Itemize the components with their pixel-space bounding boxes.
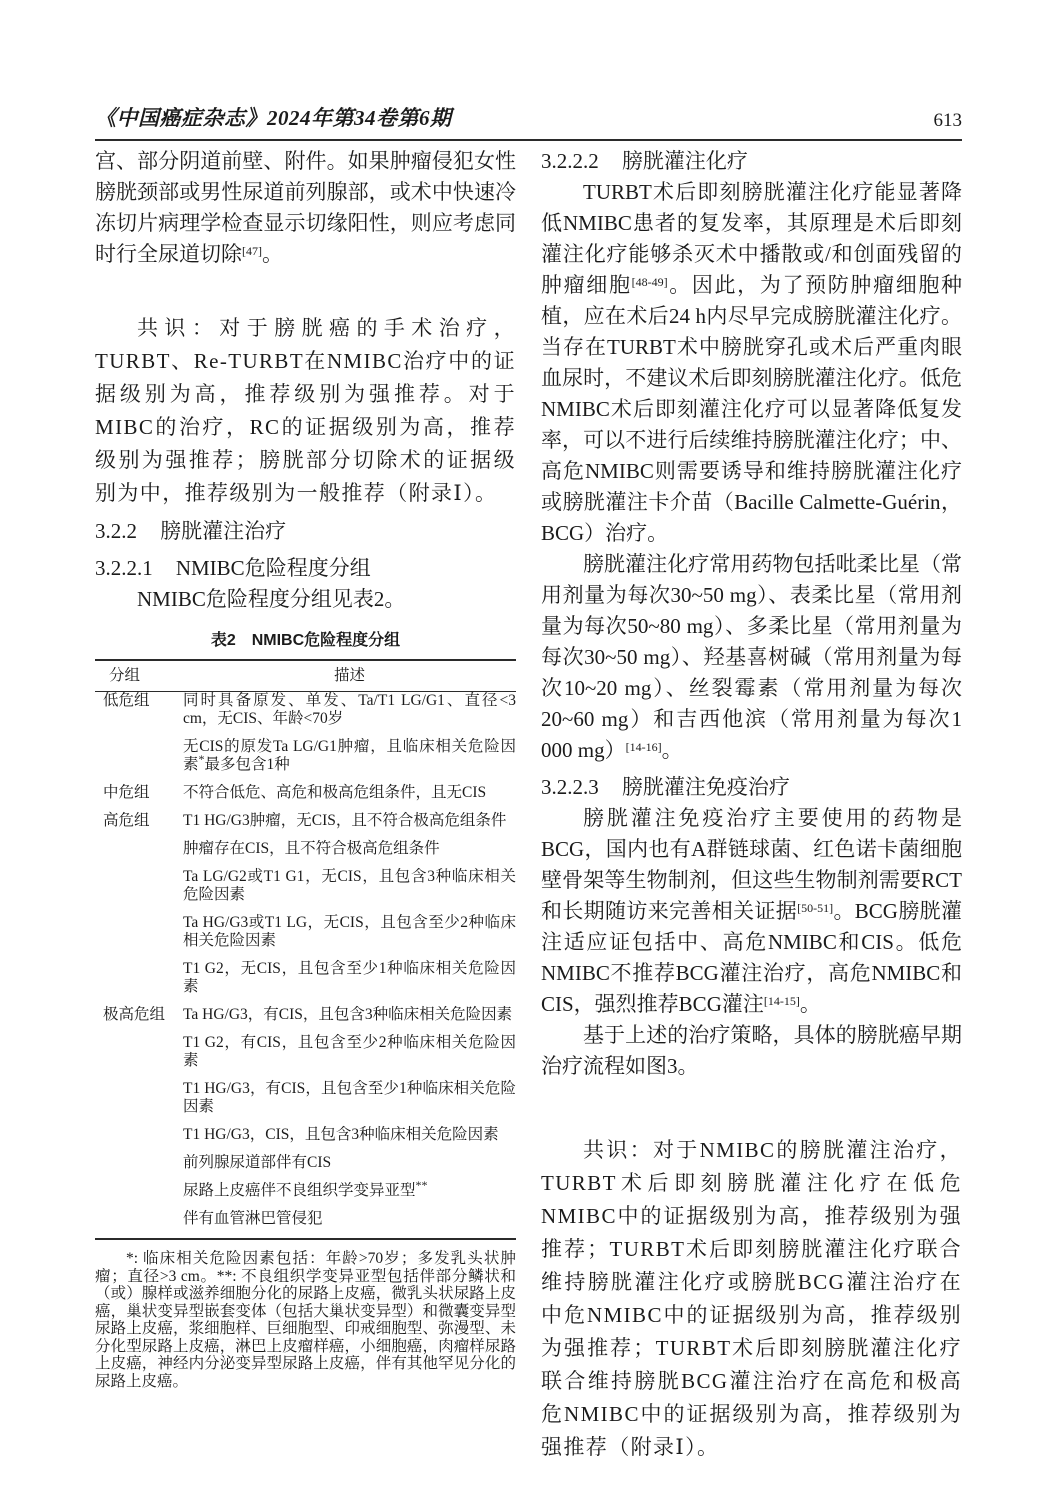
desc-item: Ta LG/G2或T1 G1，无CIS，且包含3种临床相关危险因素 [183, 868, 516, 904]
desc-text: 伴有血管淋巴管侵犯 [183, 1210, 323, 1227]
desc-item: 伴有血管淋巴管侵犯 [183, 1210, 516, 1228]
section-number: 3.2.2.3 [541, 775, 599, 799]
citation-ref-48-49: [48-49] [632, 275, 668, 289]
section-title: 膀胱灌注治疗 [160, 519, 286, 543]
table2-footnote: *: 临床相关危险因素包括：年龄>70岁；多发乳头状肿瘤；直径>3 cm。**:… [95, 1250, 516, 1390]
desc-item: 肿瘤存在CIS，且不符合极高危组条件 [183, 840, 516, 858]
desc-item: T1 HG/G3肿瘤，无CIS，且不符合极高危组条件 [183, 812, 516, 830]
left-column: 宫、部分阴道前壁、附件。如果肿瘤侵犯女性膀胱颈部或男性尿道前列腺部，或术中快速冷… [95, 146, 516, 1390]
figure3-reference-paragraph: 基于上述的治疗策略，具体的膀胱癌早期治疗流程如图3。 [541, 1020, 962, 1082]
table2-column-header-desc: 描述 [183, 667, 516, 685]
row-group-label: 低危组 [95, 692, 183, 784]
desc-text: Ta LG/G2或T1 G1，无CIS，且包含3种临床相关危险因素 [183, 868, 516, 903]
section-title: 膀胱灌注化疗 [622, 149, 748, 173]
desc-text: Ta HG/G3，有CIS，且包含3种临床相关危险因素 [183, 1006, 512, 1023]
desc-text: 最多包含1种 [205, 756, 290, 773]
row-descriptions: T1 HG/G3肿瘤，无CIS，且不符合极高危组条件 肿瘤存在CIS，且不符合极… [183, 812, 516, 1006]
table2-column-header-group: 分组 [95, 667, 183, 685]
row-group-label: 中危组 [95, 784, 183, 812]
chemo-drugs-paragraph: 膀胱灌注化疗常用药物包括吡柔比星（常用剂量为每次30~50 mg）、表柔比星（常… [541, 549, 962, 766]
continuation-paragraph: 宫、部分阴道前壁、附件。如果肿瘤侵犯女性膀胱颈部或男性尿道前列腺部，或术中快速冷… [95, 146, 516, 270]
row-descriptions: 同时具备原发、单发、Ta/T1 LG/G1、直径<3 cm，无CIS、年龄<70… [183, 692, 516, 784]
consensus-paragraph-surgery: 共识：对于膀胱癌的手术治疗，TURBT、Re-TURBT在NMIBC治疗中的证据… [95, 312, 516, 510]
paragraph-text: 宫、部分阴道前壁、附件。如果肿瘤侵犯女性膀胱颈部或男性尿道前列腺部，或术中快速冷… [95, 149, 516, 266]
desc-text: 肿瘤存在CIS，且不符合极高危组条件 [183, 840, 440, 857]
section-title: 膀胱灌注免疫治疗 [622, 775, 790, 799]
immunotherapy-paragraph: 膀胱灌注免疫治疗主要使用的药物是BCG，国内也有A群链球菌、红色诺卡菌细胞壁骨架… [541, 803, 962, 1020]
footnote-marker-double: ** [416, 1178, 428, 1192]
section-heading-3-2-2: 3.2.2膀胱灌注治疗 [95, 516, 516, 547]
table2-title: 表2 NMIBC危险程度分组 [95, 631, 516, 651]
table-row: 极高危组 Ta HG/G3，有CIS，且包含3种临床相关危险因素 T1 G2，有… [95, 1006, 516, 1238]
page-number: 613 [934, 110, 963, 132]
section-title: NMIBC危险程度分组 [176, 556, 371, 580]
desc-item: Ta HG/G3或T1 LG，无CIS，且包含至少2种临床相关危险因素 [183, 914, 516, 950]
desc-text: 同时具备原发、单发、Ta/T1 LG/G1、直径<3 cm，无CIS、年龄<70… [183, 692, 516, 727]
desc-item: T1 G2，无CIS，且包含至少1种临床相关危险因素 [183, 960, 516, 996]
journal-title: 《中国癌症杂志》2024年第34卷第6期 [95, 102, 452, 132]
citation-ref-47: [47] [242, 244, 262, 258]
table-intro-paragraph: NMIBC危险程度分组见表2。 [95, 584, 516, 615]
table2: 分组 描述 低危组 同时具备原发、单发、Ta/T1 LG/G1、直径<3 cm，… [95, 659, 516, 1240]
desc-text: T1 HG/G3，CIS，且包含3种临床相关危险因素 [183, 1126, 499, 1143]
section-number: 3.2.2.1 [95, 556, 153, 580]
paragraph-text: 。 [662, 738, 683, 762]
section-number: 3.2.2.2 [541, 149, 599, 173]
desc-item: 同时具备原发、单发、Ta/T1 LG/G1、直径<3 cm，无CIS、年龄<70… [183, 692, 516, 728]
table2-header-row: 分组 描述 [95, 661, 516, 692]
row-descriptions: Ta HG/G3，有CIS，且包含3种临床相关危险因素 T1 G2，有CIS，且… [183, 1006, 516, 1238]
paragraph-text: 。 [262, 242, 283, 266]
citation-ref-14-16: [14-16] [626, 740, 662, 754]
desc-text: 前列腺尿道部伴有CIS [183, 1154, 331, 1171]
desc-text: T1 HG/G3，有CIS，且包含至少1种临床相关危险因素 [183, 1080, 516, 1115]
row-group-label: 高危组 [95, 812, 183, 1006]
citation-ref-14-15: [14-15] [764, 994, 800, 1008]
desc-text: T1 HG/G3肿瘤，无CIS，且不符合极高危组条件 [183, 812, 506, 829]
desc-item: 无CIS的原发Ta LG/G1肿瘤，且临床相关危险因素*最多包含1种 [183, 738, 516, 774]
desc-item: 前列腺尿道部伴有CIS [183, 1154, 516, 1172]
desc-text: 尿路上皮癌伴不良组织学变异亚型 [183, 1182, 416, 1199]
desc-item: T1 HG/G3，有CIS，且包含至少1种临床相关危险因素 [183, 1080, 516, 1116]
desc-item: 不符合低危、高危和极高危组条件，且无CIS [183, 784, 516, 802]
desc-text: T1 G2，有CIS，且包含至少2种临床相关危险因素 [183, 1034, 516, 1069]
section-heading-3-2-2-3: 3.2.2.3膀胱灌注免疫治疗 [541, 772, 962, 803]
paragraph-text: 。因此，为了预防肿瘤细胞种植，应在术后24 h内尽早完成膀胱灌注化疗。当存在TU… [541, 273, 962, 545]
chemo-instillation-paragraph: TURBT术后即刻膀胱灌注化疗能显著降低NMIBC患者的复发率，其原理是术后即刻… [541, 177, 962, 549]
desc-text: 不符合低危、高危和极高危组条件，且无CIS [183, 784, 486, 801]
paragraph-text: 。 [800, 992, 821, 1016]
desc-item: 尿路上皮癌伴不良组织学变异亚型** [183, 1182, 516, 1200]
table-row: 高危组 T1 HG/G3肿瘤，无CIS，且不符合极高危组条件 肿瘤存在CIS，且… [95, 812, 516, 1006]
table-row: 低危组 同时具备原发、单发、Ta/T1 LG/G1、直径<3 cm，无CIS、年… [95, 692, 516, 784]
table2-block: 表2 NMIBC危险程度分组 分组 描述 低危组 同时具备原发、单发、Ta/T1… [95, 631, 516, 1390]
consensus-paragraph-instillation: 共识：对于NMIBC的膀胱灌注治疗，TURBT术后即刻膀胱灌注化疗在低危NMIB… [541, 1134, 962, 1464]
citation-ref-50-51: [50-51] [797, 901, 833, 915]
section-number: 3.2.2 [95, 519, 137, 543]
desc-item: T1 HG/G3，CIS，且包含3种临床相关危险因素 [183, 1126, 516, 1144]
paragraph-text: 膀胱灌注化疗常用药物包括吡柔比星（常用剂量为每次30~50 mg）、表柔比星（常… [541, 552, 962, 762]
two-column-body: 宫、部分阴道前壁、附件。如果肿瘤侵犯女性膀胱颈部或男性尿道前列腺部，或术中快速冷… [95, 146, 962, 1464]
desc-item: Ta HG/G3，有CIS，且包含3种临床相关危险因素 [183, 1006, 516, 1024]
journal-page: 《中国癌症杂志》2024年第34卷第6期 613 宫、部分阴道前壁、附件。如果肿… [0, 0, 1050, 1485]
row-descriptions: 不符合低危、高危和极高危组条件，且无CIS [183, 784, 516, 812]
desc-text: Ta HG/G3或T1 LG，无CIS，且包含至少2种临床相关危险因素 [183, 914, 516, 949]
page-header: 《中国癌症杂志》2024年第34卷第6期 613 [95, 102, 962, 141]
table-row: 中危组 不符合低危、高危和极高危组条件，且无CIS [95, 784, 516, 812]
desc-item: T1 G2，有CIS，且包含至少2种临床相关危险因素 [183, 1034, 516, 1070]
section-heading-3-2-2-2: 3.2.2.2膀胱灌注化疗 [541, 146, 962, 177]
section-heading-3-2-2-1: 3.2.2.1NMIBC危险程度分组 [95, 553, 516, 584]
desc-text: T1 G2，无CIS，且包含至少1种临床相关危险因素 [183, 960, 516, 995]
right-column: 3.2.2.2膀胱灌注化疗 TURBT术后即刻膀胱灌注化疗能显著降低NMIBC患… [541, 146, 962, 1464]
row-group-label: 极高危组 [95, 1006, 183, 1238]
